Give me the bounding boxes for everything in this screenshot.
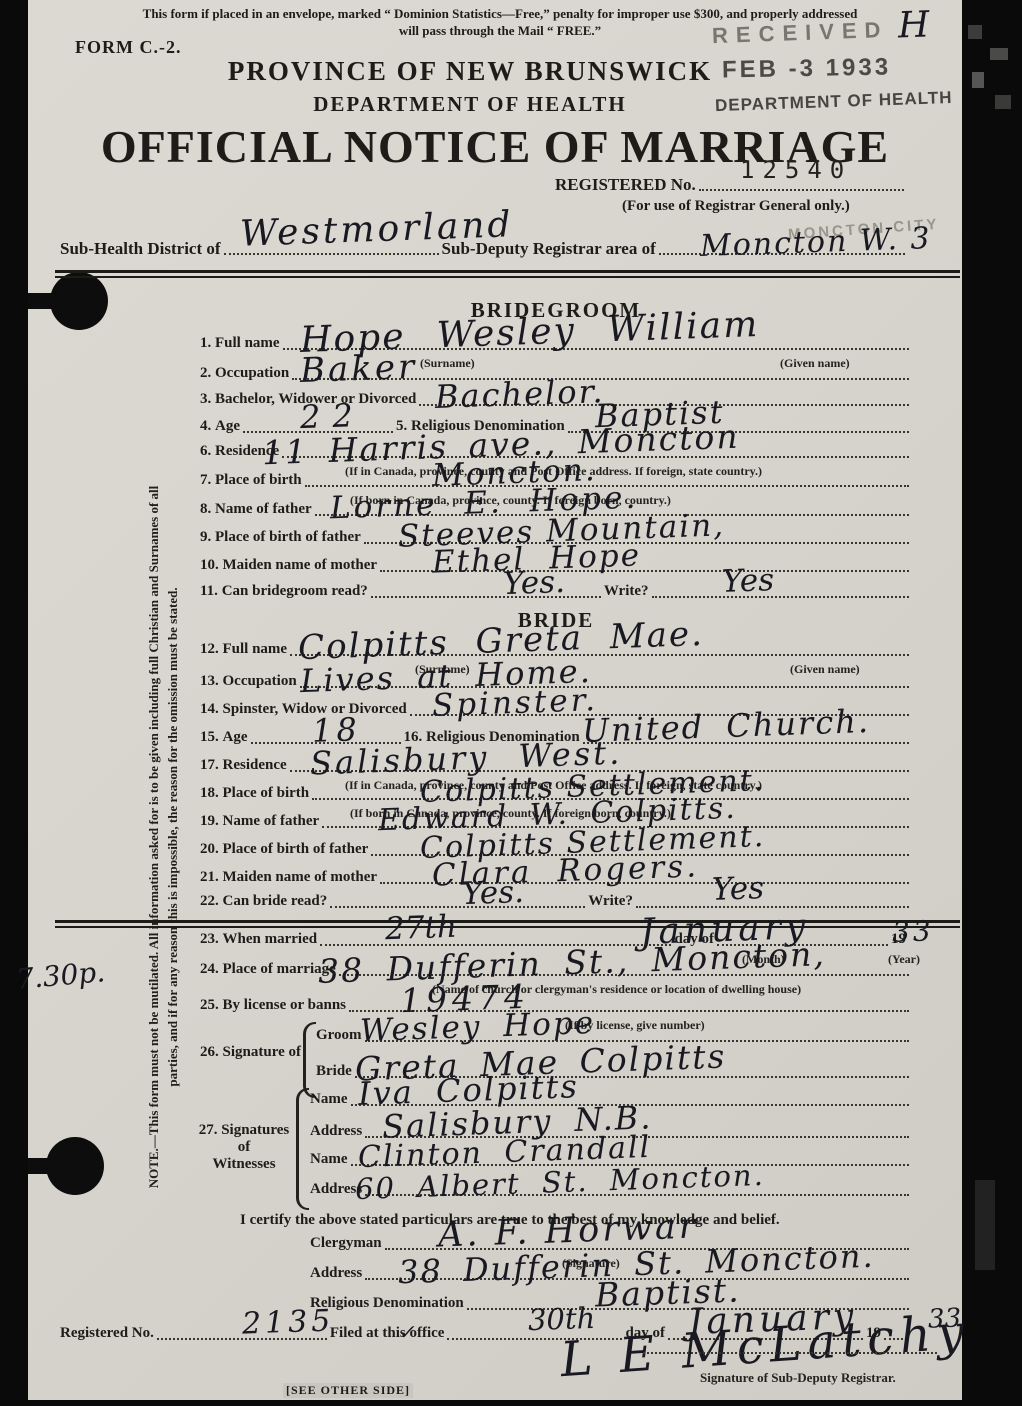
hw-sub-deputy-area: Moncton W. 3	[700, 224, 933, 262]
section-divider	[55, 920, 960, 928]
field-27-label: 27. Signatures of Witnesses	[196, 1122, 292, 1173]
margin-note-line1: NOTE.—This form must not be mutilated. A…	[144, 377, 163, 1297]
field-label: Place of birth of father	[223, 841, 369, 858]
hw-bride-can-write: Yes	[711, 873, 764, 906]
field-label: Age	[215, 418, 240, 435]
field-label: Full name	[223, 641, 288, 658]
field-no: 24.	[200, 961, 219, 978]
witness-label-line1: 27. Signatures	[196, 1122, 292, 1139]
field-label: Full name	[215, 335, 280, 352]
hw-bride-religion: United Church.	[582, 705, 871, 747]
margin-note-line2: parties, and if for any reason this is i…	[163, 377, 182, 1297]
margin-note: NOTE.—This form must not be mutilated. A…	[144, 377, 182, 1297]
department-heading: DEPARTMENT OF HEALTH	[130, 92, 810, 117]
field-label: Can bridegroom read?	[222, 583, 368, 600]
province-heading: PROVINCE OF NEW BRUNSWICK	[130, 56, 810, 87]
field-label: Signature of	[223, 1044, 301, 1060]
field-label: Name of father	[215, 501, 312, 518]
scan-edge-left	[0, 0, 28, 1406]
field-no: 20.	[200, 841, 219, 858]
witness2-name-label: Name	[310, 1151, 348, 1168]
clergyman-address-label: Address	[310, 1265, 362, 1282]
hw-married-year: 33	[892, 917, 935, 946]
field-no: 23.	[200, 931, 219, 948]
brace-27	[296, 1088, 309, 1210]
field-no: 25.	[200, 997, 219, 1014]
field-no: 21.	[200, 869, 219, 886]
scanned-marriage-notice: This form if placed in an envelope, mark…	[0, 0, 1022, 1406]
field-label: Name of father	[223, 813, 320, 830]
section-divider	[55, 270, 960, 278]
hw-groom-marital-status: Bachelor.	[434, 375, 605, 413]
scan-noise	[990, 48, 1008, 60]
form-number: FORM C.-2.	[75, 37, 181, 58]
field-no: 13.	[200, 673, 219, 690]
registrar-note: (For use of Registrar General only.)	[622, 198, 850, 215]
registrar-signature-label: Signature of Sub-Deputy Registrar.	[700, 1370, 896, 1386]
scan-noise	[995, 95, 1011, 109]
field-label: When married	[223, 931, 318, 948]
write-label: Write?	[604, 583, 649, 600]
field-no: 2.	[200, 365, 211, 382]
field-label: Occupation	[215, 365, 289, 382]
groom-sig-label: Groom	[316, 1027, 362, 1044]
hw-groom-can-write: Yes	[721, 565, 774, 598]
field-no: 3.	[200, 391, 211, 408]
dotted-line	[330, 906, 585, 908]
field-no: 14.	[200, 701, 219, 718]
hw-annotation-h: H	[897, 7, 930, 44]
scan-edge-bottom	[0, 1400, 1022, 1406]
field-label: Place of birth of father	[215, 529, 361, 546]
witness1-address-label: Address	[310, 1123, 362, 1140]
field-no: 1.	[200, 335, 211, 352]
punch-hole-bottom	[46, 1137, 104, 1195]
hw-bride-marital-status: Spinster.	[432, 685, 599, 722]
field-no: 22.	[200, 893, 219, 910]
hw-groom-age: 22	[299, 399, 365, 433]
field-no: 18.	[200, 785, 219, 802]
field-label: Place of birth	[223, 785, 310, 802]
dotted-line	[652, 596, 909, 598]
hw-bride-can-read: Yes.	[461, 877, 524, 910]
hw-bride-age: 18	[311, 713, 361, 747]
field-no: 17.	[200, 757, 219, 774]
witness-label-line3: Witnesses	[196, 1156, 292, 1173]
field-26-label: 26. Signature of	[200, 1044, 301, 1061]
sub-health-district-label: Sub-Health District of	[60, 240, 221, 257]
bride-sig-label: Bride	[316, 1063, 352, 1080]
field-label: Age	[223, 729, 248, 746]
footer-filed-label: Filed at this office	[330, 1325, 445, 1342]
footer-registered-label: Registered No.	[60, 1325, 154, 1342]
dotted-line	[643, 1352, 937, 1354]
field-no: 9.	[200, 529, 211, 546]
write-label: Write?	[588, 893, 633, 910]
field-label: Maiden name of mother	[223, 869, 378, 886]
dotted-line	[371, 596, 601, 598]
registered-no-label: REGISTERED No.	[555, 176, 696, 193]
hw-groom-can-read: Yes.	[502, 567, 565, 600]
scan-noise	[975, 1180, 995, 1270]
field-no: 19.	[200, 813, 219, 830]
hw-groom-signature: Wesley Hope	[360, 1008, 596, 1047]
brace-26	[303, 1022, 316, 1098]
field-no: 10.	[200, 557, 219, 574]
hw-married-day: 27th	[384, 912, 457, 945]
clergyman-label: Clergyman	[310, 1235, 382, 1252]
field-label: By license or banns	[223, 997, 347, 1014]
field-no: 11.	[200, 583, 218, 600]
field-label: Maiden name of mother	[223, 557, 378, 574]
field-no: 7.	[200, 472, 211, 489]
witness1-name-label: Name	[310, 1091, 348, 1108]
scan-noise	[968, 25, 982, 39]
hw-check-mark: ✓	[398, 1322, 415, 1343]
field-no: 12.	[200, 641, 219, 658]
field-label: Occupation	[223, 673, 297, 690]
see-other-side-label: [SEE OTHER SIDE]	[283, 1383, 413, 1398]
punch-hole-top	[50, 272, 108, 330]
hw-time-annotation: 7.30p.	[15, 958, 106, 994]
field-no: 6.	[200, 443, 211, 460]
witness-label-line2: of	[196, 1139, 292, 1156]
field-label: Residence	[223, 757, 287, 774]
scan-noise	[972, 72, 984, 88]
hw-sub-health-district: Westmorland	[239, 207, 514, 253]
hw-footer-registered-no: 2135	[242, 1306, 335, 1339]
dotted-line	[699, 189, 904, 191]
field-no: 4.	[200, 418, 211, 435]
field-no: 15.	[200, 729, 219, 746]
field-label: Place of birth	[215, 472, 302, 489]
field-no: 26.	[200, 1044, 219, 1060]
field-label: Can bride read?	[223, 893, 328, 910]
hw-groom-occupation: Baker	[299, 350, 417, 388]
field-no: 8.	[200, 501, 211, 518]
